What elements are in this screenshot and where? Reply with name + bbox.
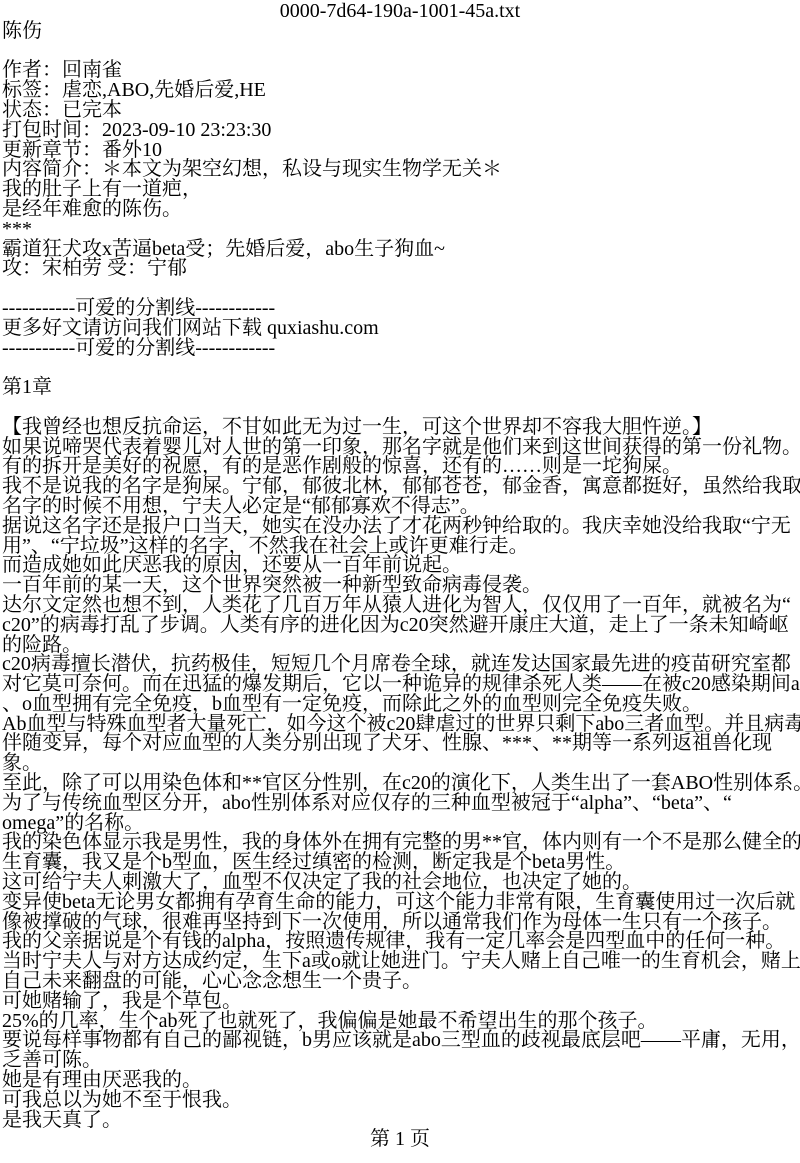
text-line: 据说这名字还是报户口当天，她实在没办法了才花两秒钟给取的。我庆幸她没给我取“宁无	[0, 517, 800, 537]
text-line	[0, 279, 800, 299]
text-line: 是经年难愈的陈伤。	[0, 200, 800, 220]
text-content: 陈伤作者：回南雀标签：虐恋,ABO,先婚后爱,HE状态：已完本打包时间：2023…	[0, 22, 800, 1131]
text-line: ***	[0, 220, 800, 240]
file-name-title: 0000-7d64-190a-1001-45a.txt	[0, 2, 800, 22]
text-line: 第1章	[0, 378, 800, 398]
text-line: 我不是说我的名字是狗屎。宁郁，郁彼北林，郁郁苍苍，郁金香，寓意都挺好，虽然给我取	[0, 477, 800, 497]
text-line: 可我总以为她不至于恨我。	[0, 1091, 800, 1111]
text-line: -----------可爱的分割线------------	[0, 339, 800, 359]
text-line: 陈伤	[0, 22, 800, 42]
text-line: 标签：虐恋,ABO,先婚后爱,HE	[0, 81, 800, 101]
text-line: 她是有理由厌恶我的。	[0, 1071, 800, 1091]
text-line: 伴随变异，每个对应血型的人类分别出现了犬牙、性腺、***、**期等一系列返祖兽化…	[0, 734, 800, 754]
intro-section: 陈伤作者：回南雀标签：虐恋,ABO,先婚后爱,HE状态：已完本打包时间：2023…	[0, 22, 800, 418]
body-section: 【我曾经也想反抗命运，不甘如此无为过一生，可这个世界却不容我大胆忤逆。】如果说啼…	[0, 418, 800, 1131]
text-line: 可她赌输了，我是个草包。	[0, 992, 800, 1012]
text-line: -----------可爱的分割线------------	[0, 299, 800, 319]
text-file-viewer: 0000-7d64-190a-1001-45a.txt 陈伤作者：回南雀标签：虐…	[0, 0, 800, 1163]
page-number-label: 第 1 页	[0, 1130, 800, 1150]
text-line: 达尔文定然也想不到，人类花了几百万年从猿人进化为智人，仅仅用了一百年，就被名为“	[0, 596, 800, 616]
text-line: 更多好文请访问我们网站下载 quxiashu.com	[0, 319, 800, 339]
text-line: 【我曾经也想反抗命运，不甘如此无为过一生，可这个世界却不容我大胆忤逆。】	[0, 418, 800, 438]
text-line: 一百年前的某一天，这个世界突然被一种新型致命病毒侵袭。	[0, 576, 800, 596]
text-line: 至此，除了可以用染色体和**官区分性别，在c20的演化下，人类生出了一套ABO性…	[0, 774, 800, 794]
text-line: 为了与传统血型区分开，abo性别体系对应仅存的三种血型被冠于“alpha”、“b…	[0, 794, 800, 814]
text-line	[0, 358, 800, 378]
text-line: c20”的病毒打乱了步调。人类有序的进化因为c20突然避开康庄大道，走上了一条未…	[0, 616, 800, 636]
text-line: 名字的时候不用想，宁夫人必定是“郁郁寡欢不得志”。	[0, 497, 800, 517]
text-line: 打包时间：2023-09-10 23:23:30	[0, 121, 800, 141]
text-line: 状态：已完本	[0, 101, 800, 121]
text-line: 对它莫可奈何。而在迅猛的爆发期后，它以一种诡异的规律杀死人类——在被c20感染期…	[0, 675, 800, 695]
text-line: 变异使beta无论男女都拥有孕育生命的能力，可这个能力非常有限，生育囊使用过一次…	[0, 893, 800, 913]
text-line: 攻：宋柏劳 受：宁郁	[0, 259, 800, 279]
text-line: 这可给宁夫人刺激大了，血型不仅决定了我的社会地位，也决定了她的。	[0, 873, 800, 893]
text-line: 我的肚子上有一道疤，	[0, 180, 800, 200]
text-line: 、o血型拥有完全免疫，b血型有一定免疫，而除此之外的血型则完全免疫失败。	[0, 695, 800, 715]
text-line: 自己未来翻盘的可能，心心念念想生一个贵子。	[0, 972, 800, 992]
text-line: 要说每样事物都有自己的鄙视链，b男应该就是abo三型血的歧视最底层吧——平庸，无…	[0, 1031, 800, 1051]
text-line	[0, 398, 800, 418]
